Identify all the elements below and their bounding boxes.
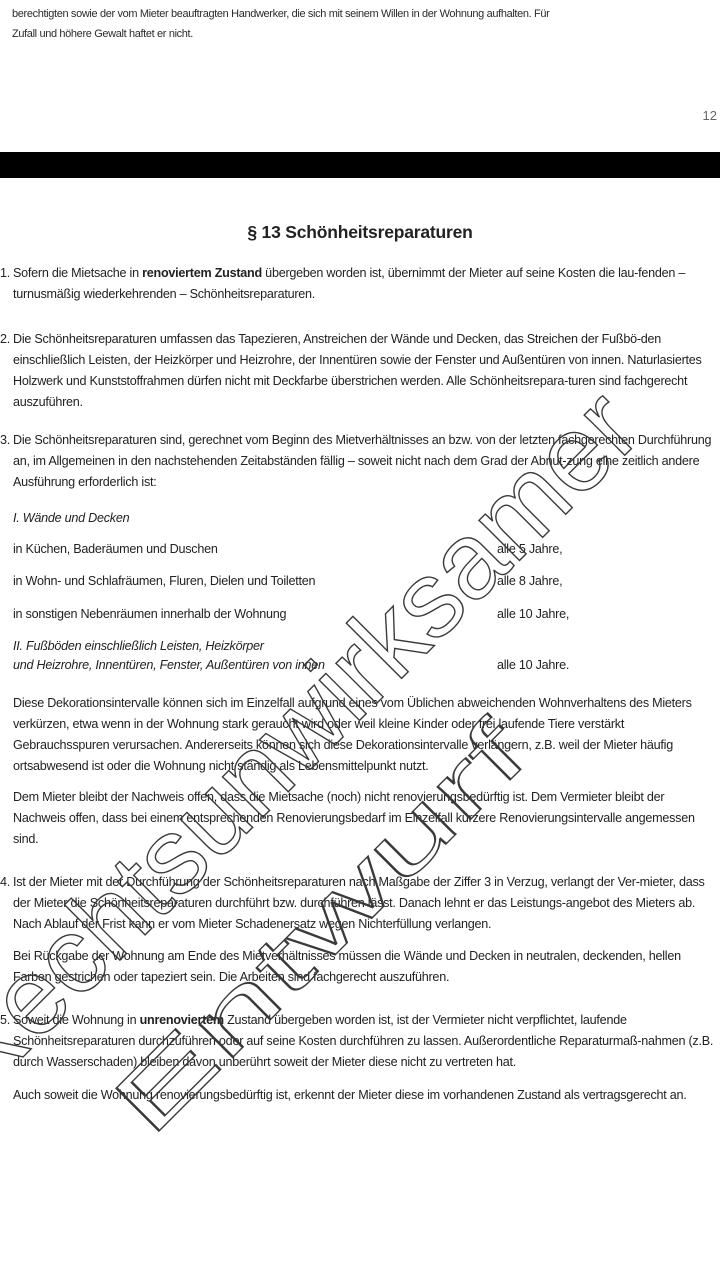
clause-1: 1. Sofern die Mietsache in renoviertem Z…: [0, 263, 714, 305]
clause-2: 2. Die Schönheitsreparaturen umfassen da…: [0, 329, 714, 413]
clause-text: Die Schönheitsreparaturen sind, gerechne…: [13, 430, 714, 493]
clause-number: 2.: [0, 329, 10, 350]
document-page: § 13 Schönheitsreparaturen 1. Sofern die…: [0, 178, 720, 1280]
previous-page-bottom: berechtigten sowie der vom Mieter beauft…: [0, 0, 720, 152]
interval-value: alle 8 Jahre,: [497, 571, 562, 592]
interval-value: alle 10 Jahre,: [497, 604, 569, 625]
interval-label: in Wohn- und Schlafräumen, Fluren, Diele…: [13, 571, 315, 592]
clause-4: 4. Ist der Mieter mit der Durchführung d…: [0, 872, 714, 935]
previous-page-text: berechtigten sowie der vom Mieter beauft…: [12, 4, 698, 44]
clause-number: 5.: [0, 1010, 10, 1031]
section-title: § 13 Schönheitsreparaturen: [0, 222, 720, 243]
clause-number: 3.: [0, 430, 10, 451]
clause-note: Diese Dekorationsintervalle können sich …: [13, 693, 719, 777]
previous-page-line: berechtigten sowie der vom Mieter beauft…: [12, 4, 698, 24]
clause-text-part: Sofern die Mietsache in: [13, 266, 142, 280]
clause-number: 4.: [0, 872, 10, 893]
clause-number: 1.: [0, 263, 10, 284]
clause-3: 3. Die Schönheitsreparaturen sind, gerec…: [0, 430, 714, 493]
clause-text-part: Soweit die Wohnung in: [13, 1013, 140, 1027]
clause-note: Dem Mieter bleibt der Nachweis offen, da…: [13, 787, 719, 850]
interval-value: alle 5 Jahre,: [497, 539, 562, 560]
interval-group-heading: II. Fußböden einschließlich Leisten, Hei…: [13, 636, 264, 657]
clause-5: 5. Soweit die Wohnung in unrenoviertem Z…: [0, 1010, 714, 1073]
clause-note: Bei Rückgabe der Wohnung am Ende des Mie…: [13, 946, 719, 988]
clause-emphasis: unrenoviertem: [140, 1013, 224, 1027]
interval-group-heading: und Heizrohre, Innentüren, Fenster, Auße…: [13, 655, 325, 676]
page-separator: [0, 152, 720, 178]
clause-note: Auch soweit die Wohnung renovierungsbedü…: [13, 1085, 719, 1106]
clause-text: Die Schönheitsreparaturen umfassen das T…: [13, 329, 714, 413]
interval-group-heading: I. Wände und Decken: [13, 508, 719, 529]
clause-text: Soweit die Wohnung in unrenoviertem Zust…: [13, 1010, 714, 1073]
clause-text: Sofern die Mietsache in renoviertem Zust…: [13, 263, 714, 305]
clause-emphasis: renoviertem Zustand: [142, 266, 262, 280]
interval-value: alle 10 Jahre.: [497, 655, 569, 676]
page-number: 12: [703, 108, 717, 123]
interval-label: in sonstigen Nebenräumen innerhalb der W…: [13, 604, 286, 625]
clause-text: Ist der Mieter mit der Durchführung der …: [13, 872, 714, 935]
interval-label: in Küchen, Baderäumen und Duschen: [13, 539, 218, 560]
previous-page-line: Zufall und höhere Gewalt haftet er nicht…: [12, 24, 698, 44]
